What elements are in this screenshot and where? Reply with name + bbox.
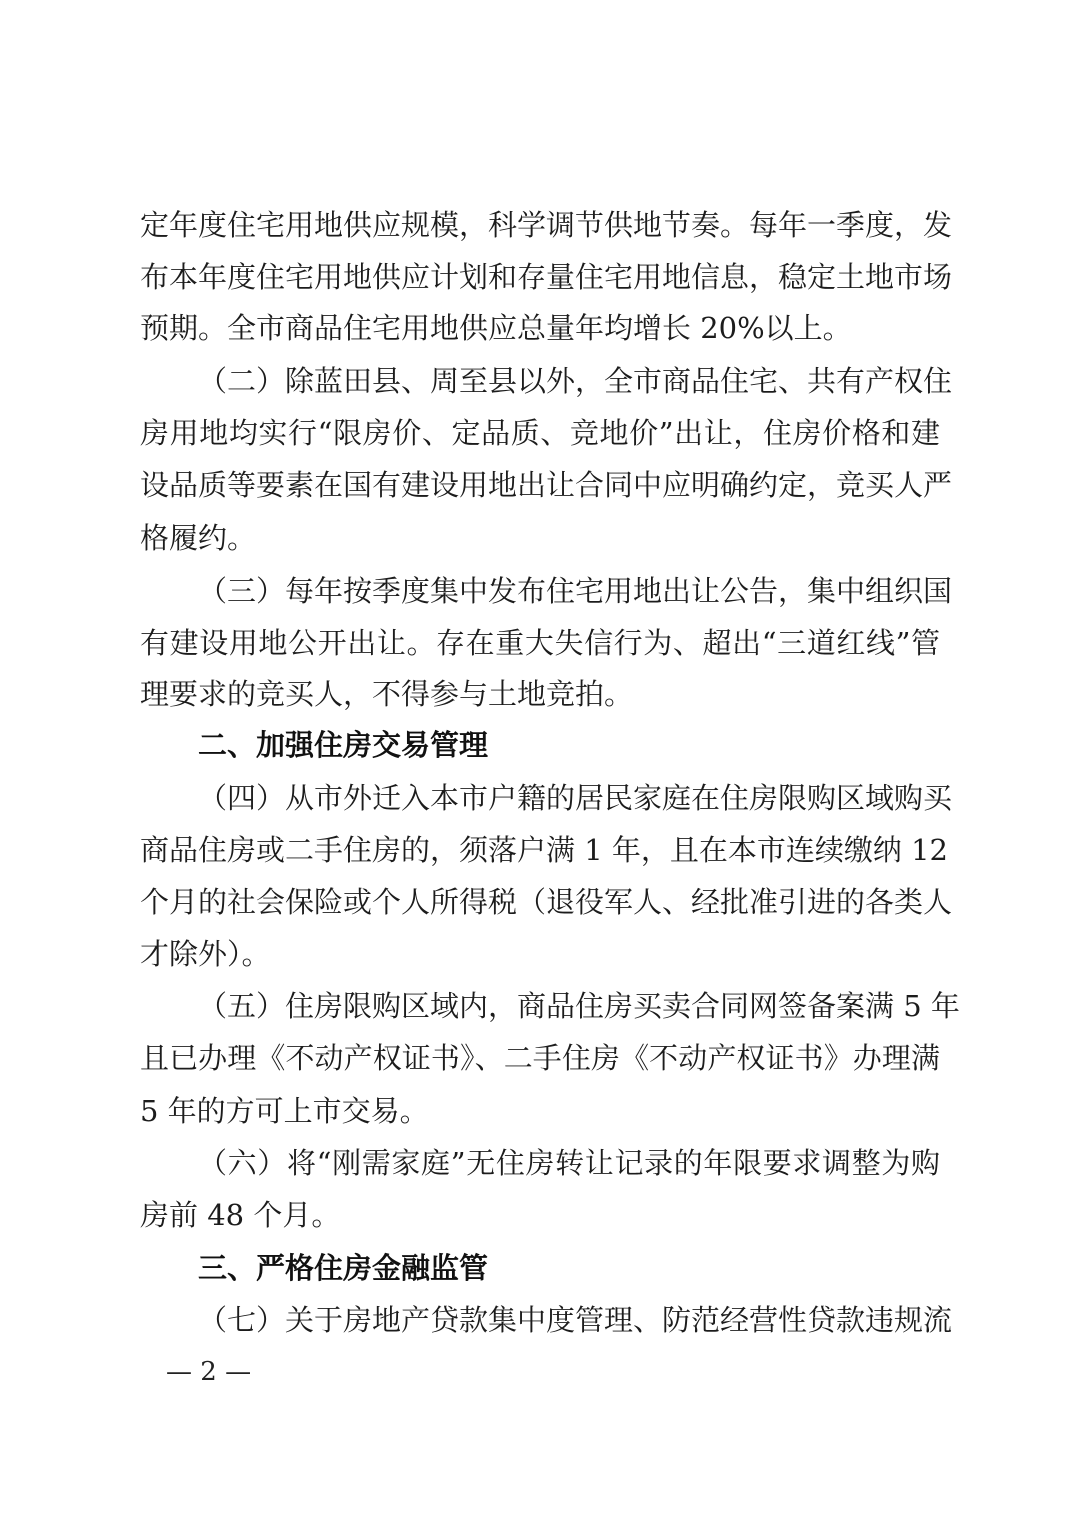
document-page: 定年度住宅用地供应规模，科学调节供地节奏。每年一季度，发 布本年度住宅用地供应计… — [0, 0, 1080, 1528]
body-line: 才除外）。 — [140, 934, 940, 974]
section-heading-3: 三、严格住房金融监管 — [198, 1248, 488, 1288]
body-line: 理要求的竞买人，不得参与土地竞拍。 — [140, 674, 940, 714]
paragraph-7-start: （七）关于房地产贷款集中度管理、防范经营性贷款违规流 — [198, 1300, 940, 1340]
paragraph-5-start: （五）住房限购区域内，商品住房买卖合同网签备案满 5 年 — [198, 986, 940, 1026]
body-line: 房前 48 个月。 — [140, 1195, 940, 1235]
body-line: 定年度住宅用地供应规模，科学调节供地节奏。每年一季度，发 — [140, 205, 940, 245]
page-number: — 2 — — [166, 1352, 251, 1392]
body-line: 商品住房或二手住房的，须落户满 1 年，且在本市连续缴纳 12 — [140, 830, 940, 870]
body-line: 格履约。 — [140, 518, 940, 558]
paragraph-4-start: （四）从市外迁入本市户籍的居民家庭在住房限购区域购买 — [198, 778, 940, 818]
paragraph-6-start: （六）将“刚需家庭”无住房转让记录的年限要求调整为购 — [198, 1143, 940, 1183]
body-line: 预期。全市商品住宅用地供应总量年均增长 20%以上。 — [140, 308, 940, 348]
body-line: 设品质等要素在国有建设用地出让合同中应明确约定，竞买人严 — [140, 465, 940, 505]
section-heading-2: 二、加强住房交易管理 — [198, 725, 488, 765]
body-line: 个月的社会保险或个人所得税（退役军人、经批准引进的各类人 — [140, 882, 940, 922]
body-line: 有建设用地公开出让。存在重大失信行为、超出“三道红线”管 — [140, 623, 940, 663]
body-line: 房用地均实行“限房价、定品质、竞地价”出让，住房价格和建 — [140, 413, 940, 453]
body-line: 且已办理《不动产权证书》、二手住房《不动产权证书》办理满 — [140, 1038, 940, 1078]
body-line: 5 年的方可上市交易。 — [140, 1091, 940, 1131]
body-line: 布本年度住宅用地供应计划和存量住宅用地信息，稳定土地市场 — [140, 257, 940, 297]
paragraph-3-start: （三）每年按季度集中发布住宅用地出让公告，集中组织国 — [198, 571, 940, 611]
paragraph-2-start: （二）除蓝田县、周至县以外，全市商品住宅、共有产权住 — [198, 361, 940, 401]
